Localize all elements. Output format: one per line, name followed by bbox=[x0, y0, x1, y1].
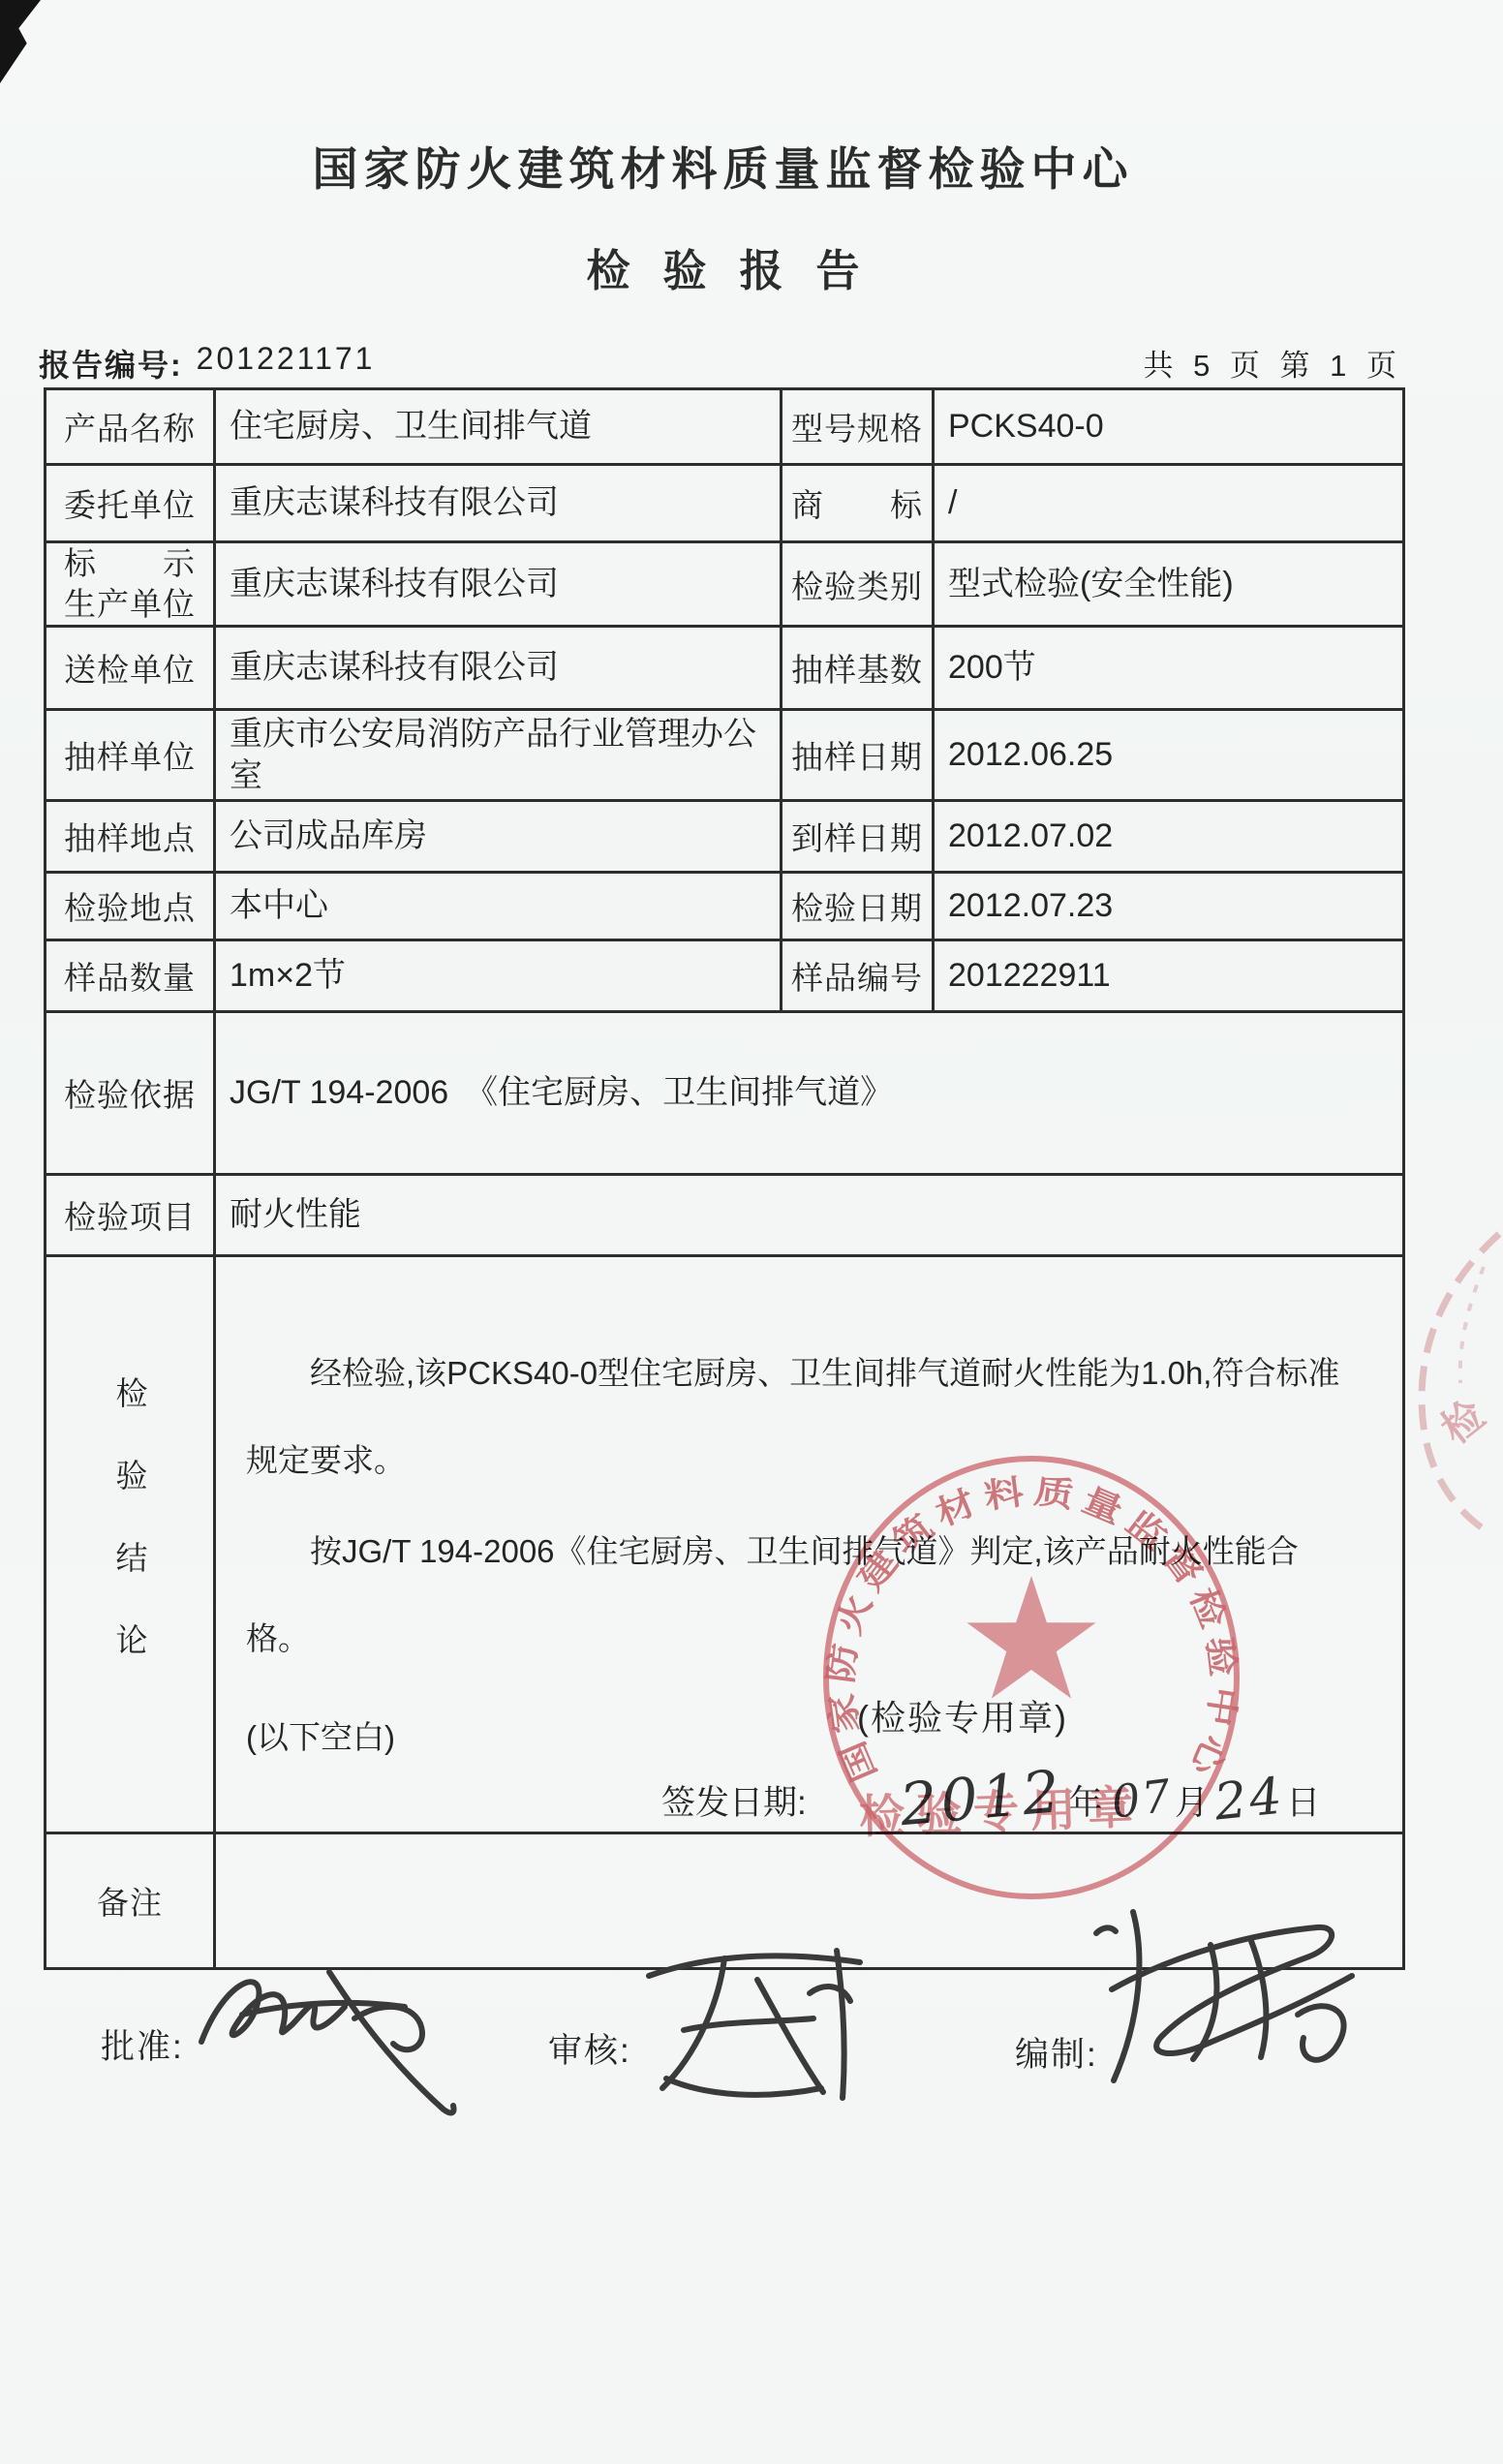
table-row: 检验项目 耐火性能 bbox=[46, 1175, 1404, 1256]
year-unit: 年 bbox=[1068, 1784, 1102, 1822]
trademark-label: 商 标 bbox=[782, 465, 934, 542]
table-row: 标 示 生产单位 重庆志谋科技有限公司 检验类别 型式检验(安全性能) bbox=[46, 542, 1404, 627]
issue-day-handwritten: 24 bbox=[1212, 1767, 1287, 1832]
arrival-date-value: 2012.07.02 bbox=[934, 801, 1404, 873]
conclusion-label-cell: 检验结论 bbox=[46, 1256, 215, 1833]
marked-manufacturer-label: 标 示 生产单位 bbox=[46, 542, 215, 627]
arrival-date-label: 到样日期 bbox=[782, 801, 934, 873]
review-label: 审核: bbox=[548, 2024, 631, 2073]
sample-base-label: 抽样基数 bbox=[782, 627, 934, 710]
conclusion-paragraph-1: 经检验,该PCKS40-0型住宅厨房、卫生间排气道耐火性能为1.0h,符合标准规… bbox=[246, 1330, 1348, 1504]
issue-month-handwritten: 07 bbox=[1109, 1769, 1176, 1828]
inspection-date-value: 2012.07.23 bbox=[934, 873, 1404, 940]
table-row: 检验依据 JG/T 194-2006 《住宅厨房、卫生间排气道》 bbox=[46, 1012, 1404, 1175]
conclusion-paragraph-2: 按JG/T 194-2006《住宅厨房、卫生间排气道》判定,该产品耐火性能合格。 bbox=[246, 1508, 1348, 1682]
product-name-label: 产品名称 bbox=[46, 389, 215, 465]
product-name-value: 住宅厨房、卫生间排气道 bbox=[215, 389, 782, 465]
sample-qty-value: 1m×2节 bbox=[215, 940, 782, 1012]
report-table: 产品名称 住宅厨房、卫生间排气道 型号规格 PCKS40-0 委托单位 重庆志谋… bbox=[44, 387, 1405, 1970]
table-row: 样品数量 1m×2节 样品编号 201222911 bbox=[46, 940, 1404, 1012]
seal-note: (检验专用章) bbox=[857, 1691, 1068, 1740]
basis-value: JG/T 194-2006 《住宅厨房、卫生间排气道》 bbox=[215, 1012, 1404, 1175]
scan-artifact-corner bbox=[0, 0, 41, 83]
approve-label: 批准: bbox=[101, 2020, 184, 2069]
sampling-date-value: 2012.06.25 bbox=[934, 710, 1404, 801]
day-unit: 日 bbox=[1286, 1784, 1320, 1822]
table-row: 备注 bbox=[46, 1833, 1404, 1969]
client-unit-value: 重庆志谋科技有限公司 bbox=[215, 465, 782, 542]
edge-seal-char: 检 bbox=[1427, 1384, 1495, 1455]
inspection-place-label: 检验地点 bbox=[46, 873, 215, 940]
client-unit-label: 委托单位 bbox=[46, 465, 215, 542]
conclusion-label: 检验结论 bbox=[114, 1376, 146, 1706]
report-no-label: 报告编号: bbox=[39, 341, 183, 385]
model-spec-label: 型号规格 bbox=[782, 389, 934, 465]
approve-signature bbox=[184, 1947, 465, 2121]
conclusion-cell: 经检验,该PCKS40-0型住宅厨房、卫生间排气道耐火性能为1.0h,符合标准规… bbox=[215, 1256, 1404, 1833]
report-subtitle: 检验报告 bbox=[44, 235, 1402, 298]
table-row: 产品名称 住宅厨房、卫生间排气道 型号规格 PCKS40-0 bbox=[46, 389, 1404, 465]
issue-date-label: 签发日期: bbox=[661, 1784, 807, 1822]
remark-label: 备注 bbox=[46, 1833, 215, 1969]
page-title: 国家防火建筑材料质量监督检验中心 bbox=[44, 134, 1402, 199]
report-no-value: 201221171 bbox=[197, 341, 376, 377]
month-unit: 月 bbox=[1175, 1784, 1209, 1822]
sampling-unit-value: 重庆市公安局消防产品行业管理办公室 bbox=[215, 710, 782, 801]
inspection-type-value: 型式检验(安全性能) bbox=[934, 542, 1404, 627]
edge-seal-arc bbox=[1391, 1228, 1503, 1538]
table-row: 抽样地点 公司成品库房 到样日期 2012.07.02 bbox=[46, 801, 1404, 873]
sample-no-label: 样品编号 bbox=[782, 940, 934, 1012]
basis-label: 检验依据 bbox=[46, 1012, 215, 1175]
table-row: 抽样单位 重庆市公安局消防产品行业管理办公室 抽样日期 2012.06.25 bbox=[46, 710, 1404, 801]
report-header: 国家防火建筑材料质量监督检验中心 检验报告 bbox=[44, 0, 1402, 298]
model-spec-value: PCKS40-0 bbox=[934, 389, 1404, 465]
remark-value-empty bbox=[215, 1833, 1404, 1969]
inspection-place-value: 本中心 bbox=[215, 873, 782, 940]
prepare-label: 编制: bbox=[1015, 2028, 1098, 2077]
marked-label-line1: 标 示 bbox=[52, 543, 207, 584]
inspection-type-label: 检验类别 bbox=[782, 542, 934, 627]
table-row: 检验地点 本中心 检验日期 2012.07.23 bbox=[46, 873, 1404, 940]
sample-no-value: 201222911 bbox=[934, 940, 1404, 1012]
issue-year-handwritten: 2012 bbox=[897, 1758, 1065, 1833]
sampling-place-value: 公司成品库房 bbox=[215, 801, 782, 873]
scanned-inspection-report: 国家防火建筑材料质量监督检验中心 检验报告 报告编号: 201221171 共 … bbox=[0, 0, 1503, 2464]
sampling-unit-label: 抽样单位 bbox=[46, 710, 215, 801]
page-count: 共 5 页 第 1 页 bbox=[1143, 341, 1402, 385]
item-value: 耐火性能 bbox=[215, 1175, 1404, 1256]
sampling-place-label: 抽样地点 bbox=[46, 801, 215, 873]
item-label: 检验项目 bbox=[46, 1175, 215, 1256]
marked-manufacturer-value: 重庆志谋科技有限公司 bbox=[215, 542, 782, 627]
submitting-unit-label: 送检单位 bbox=[46, 627, 215, 710]
table-row: 委托单位 重庆志谋科技有限公司 商 标 / bbox=[46, 465, 1404, 542]
marked-label-line2: 生产单位 bbox=[52, 584, 207, 625]
issue-date-line: 签发日期:2012年07月24日 bbox=[661, 1761, 1320, 1829]
trademark-value: / bbox=[934, 465, 1404, 542]
submitting-unit-value: 重庆志谋科技有限公司 bbox=[215, 627, 782, 710]
sample-qty-label: 样品数量 bbox=[46, 940, 215, 1012]
report-meta-line: 报告编号: 201221171 共 5 页 第 1 页 bbox=[39, 341, 1402, 384]
sampling-date-label: 抽样日期 bbox=[782, 710, 934, 801]
inspection-date-label: 检验日期 bbox=[782, 873, 934, 940]
table-row: 送检单位 重庆志谋科技有限公司 抽样基数 200节 bbox=[46, 627, 1404, 710]
table-row: 检验结论 经检验,该PCKS40-0型住宅厨房、卫生间排气道耐火性能为1.0h,… bbox=[46, 1256, 1404, 1833]
edge-seal-fragment: 检 bbox=[1391, 1228, 1503, 1538]
sample-base-value: 200节 bbox=[934, 627, 1404, 710]
